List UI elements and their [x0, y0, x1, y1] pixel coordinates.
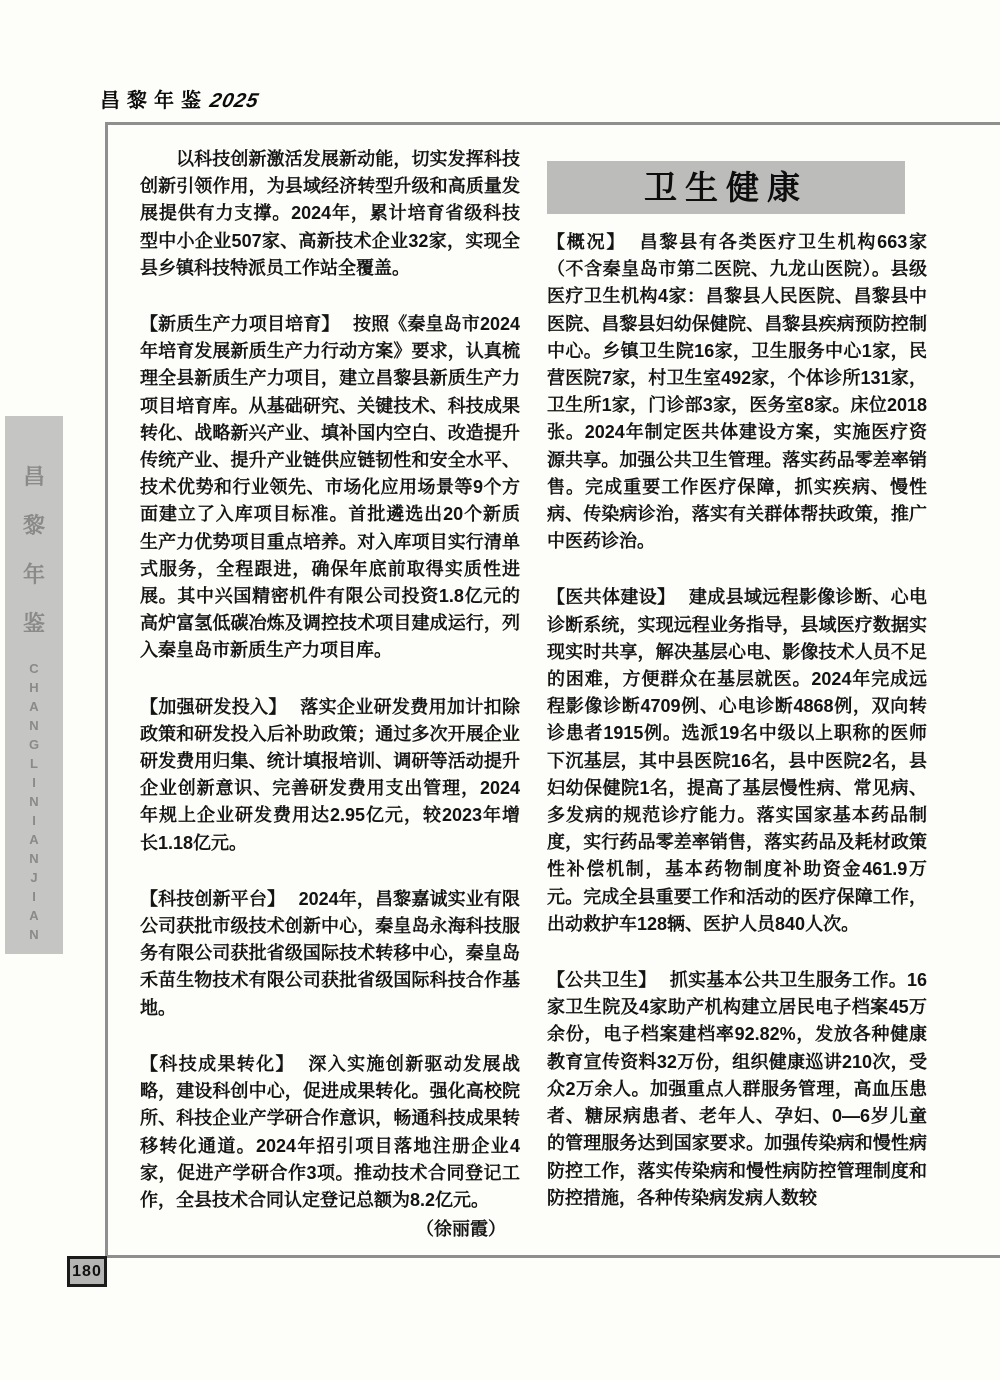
entry-body: 昌黎县有各类医疗卫生机构663家（不含秦皇岛市第二医院、九龙山医院）。县级医疗卫…: [547, 232, 927, 551]
spine-char: 昌: [23, 466, 45, 488]
yearbook-page: 昌黎年鉴2025 昌 黎 年 鉴 CHANGLINIANJIAN 180 以科技…: [0, 0, 1000, 1380]
entry-body: 深入实施创新驱动发展战略，建设科创中心，促进成果转化。强化高校院所、科技企业产学…: [140, 1054, 520, 1210]
entry-title: 【医共体建设】: [547, 587, 675, 607]
entry-title: 【科技成果转化】: [140, 1054, 295, 1074]
spine-char: 年: [23, 564, 45, 586]
spine-sidebar: 昌 黎 年 鉴 CHANGLINIANJIAN: [5, 416, 63, 954]
entry-new-productive-forces: 【新质生产力项目培育】按照《秦皇岛市2024年培育发展新质生产力行动方案》要求，…: [140, 311, 520, 665]
right-text-column: 卫生健康 【概况】昌黎县有各类医疗卫生机构663家（不含秦皇岛市第二医院、九龙山…: [547, 161, 927, 1246]
spine-romanized-title: CHANGLINIANJIAN: [28, 661, 41, 946]
entry-title: 【公共卫生】: [547, 970, 656, 990]
entry-title: 【概况】: [547, 232, 626, 252]
entry-rd-investment: 【加强研发投入】落实企业研发费用加计扣除政策和研发投入后补助政策；通过多次开展企…: [140, 694, 520, 857]
page-number-box: 180: [67, 1256, 107, 1287]
entry-overview: 【概况】昌黎县有各类医疗卫生机构663家（不含秦皇岛市第二医院、九龙山医院）。县…: [547, 229, 927, 555]
author-byline: （徐丽霞）: [140, 1216, 520, 1243]
entry-achievement-transfer: 【科技成果转化】深入实施创新驱动发展战略，建设科创中心，促进成果转化。强化高校院…: [140, 1051, 520, 1214]
entry-body: 落实企业研发费用加计扣除政策和研发投入后补助政策；通过多次开展企业研发费用归集、…: [140, 697, 520, 853]
entry-title: 【新质生产力项目培育】: [140, 314, 340, 334]
entry-body: 建成县域远程影像诊断、心电诊断系统，实现远程业务指导，县域医疗数据实现实时共享，…: [547, 587, 927, 933]
spine-char: 黎: [23, 515, 45, 537]
entry-body: 抓实基本公共卫生服务工作。16家卫生院及4家助产机构建立居民电子档案45万余份，…: [547, 970, 927, 1208]
spine-char: 鉴: [23, 613, 45, 635]
entry-innovation-platform: 【科技创新平台】2024年，昌黎嘉诚实业有限公司获批市级技术创新中心，秦皇岛永海…: [140, 886, 520, 1022]
entry-public-health: 【公共卫生】抓实基本公共卫生服务工作。16家卫生院及4家助产机构建立居民电子档案…: [547, 967, 927, 1212]
section-header-health: 卫生健康: [547, 161, 905, 214]
entry-title: 【科技创新平台】: [140, 889, 285, 909]
entry-medical-community: 【医共体建设】建成县域远程影像诊断、心电诊断系统，实现远程业务指导，县域医疗数据…: [547, 584, 927, 938]
entry-body: 按照《秦皇岛市2024年培育发展新质生产力行动方案》要求，认真梳理全县新质生产力…: [140, 314, 520, 660]
page-header-logo: 昌黎年鉴2025: [100, 84, 259, 113]
intro-paragraph: 以科技创新激活发展新动能，切实发挥科技创新引领作用，为县域经济转型升级和高质量发…: [140, 146, 520, 282]
logo-title: 昌黎年鉴: [100, 90, 208, 112]
page-number: 180: [72, 1263, 102, 1281]
entry-title: 【加强研发投入】: [140, 697, 287, 717]
logo-year: 2025: [208, 90, 261, 113]
left-text-column: 以科技创新激活发展新动能，切实发挥科技创新引领作用，为县域经济转型升级和高质量发…: [140, 146, 520, 1246]
